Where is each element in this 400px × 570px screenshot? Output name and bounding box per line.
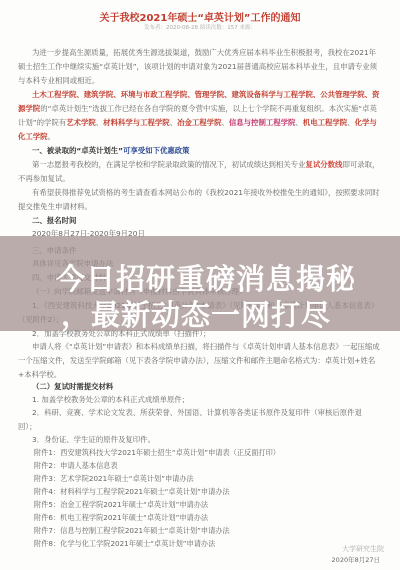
section-4-sub-2: （二）复试时需提交材料 <box>18 380 380 394</box>
section-2-heading: 二、报名时间 <box>18 214 380 228</box>
signature-date: 2020年8月27日 <box>332 555 380 564</box>
college-mech-elec: 机电工程学院 <box>303 118 347 127</box>
intro-paragraph: 为进一步提高生源质量，拓展优秀生源选拔渠道，鼓励广大优秀应届本科毕业生积极报考，… <box>18 46 380 88</box>
headline-banner: 今日招研重磅消息揭秘 ，最新动态一网打尽 <box>0 236 400 331</box>
signature-watermark: 大学研究生院 <box>342 544 384 554</box>
section-1-p1-a: 第一志愿报考我校的，在满足学校和学院录取政策的情况下，初试成绩达到相关专业 <box>32 160 305 169</box>
section-1-heading-b: 可享受如下优惠政策 <box>123 146 190 155</box>
document-meta: 发布者：2020-08-28 阅读次数：157 来源： <box>0 23 400 31</box>
section-1-paragraph-2: 有希望获得推荐免试资格的考生请查看本网站公布的《我校2021年接收外校推免生的通… <box>18 186 380 214</box>
attachment-link[interactable]: 附件8：化学与化工学院2021年硕士“卓英计划”申请办法 <box>34 538 215 550</box>
banner-headline-line-2: ，最新动态一网打尽 <box>0 293 396 334</box>
section-4-sub2-item-1: 1. 加盖学校教务处公章的本科正式成绩单原件； <box>18 393 380 407</box>
section-1-heading-a: 一、被录取的“卓英计划生” <box>32 146 123 155</box>
college-info-control: 信息与控制工程学院 <box>229 118 296 127</box>
attachment-link[interactable]: 附件6：机电工程学院2021年硕士“卓英计划”申请办法 <box>34 512 208 524</box>
section-4-sub2-item-3: 3．身份证、学生证的原件及复印件。 <box>18 433 380 447</box>
college-metallurgy: 冶金工程学院 <box>177 118 221 127</box>
retest-score-line-highlight: 复试分数线 <box>305 160 342 169</box>
section-4-sub2-item-2: 2．科研、竞赛、学术论文发表、所获荣誉、外国语、计算机等各类证书原件及复印件（审… <box>18 406 380 434</box>
attachment-link[interactable]: 附件3：艺术学院2021年硕士“卓英计划”申请办法 <box>34 473 194 485</box>
attachment-link[interactable]: 附件2：申请人基本信息表 <box>34 460 118 472</box>
section-1-paragraph-1: 第一志愿报考我校的，在满足学校和学院录取政策的情况下，初试成绩达到相关专业复试分… <box>18 158 380 186</box>
colleges-paragraph: 土木工程学院、建筑学院、环境与市政工程学院、管理学院、建筑设备科学与工程学院、公… <box>18 88 380 144</box>
attachment-link[interactable]: 附件1：西安建筑科技大学2021年硕士招生“卓英计划”申请表（正反面打印） <box>34 447 280 459</box>
banner-headline-line-1: 今日招研重磅消息揭秘 <box>6 257 400 298</box>
college-art: 艺术学院 <box>66 118 96 127</box>
attachment-link[interactable]: 附件5：冶金工程学院2021年硕士“卓英计划”申请办法 <box>34 499 208 511</box>
attachment-link[interactable]: 附件4：材料科学与工程学院2021年硕士“卓英计划”申请办法 <box>34 486 230 498</box>
attachment-link[interactable]: 附件7：信息与控制工程学院2021年硕士“卓英计划”申请办法 <box>34 525 230 537</box>
document-title: 关于我校2021年硕士“卓英计划”工作的通知 <box>0 9 400 24</box>
college-materials: 材料科学与工程学院 <box>103 118 170 127</box>
section-1-heading: 一、被录取的“卓英计划生”可享受如下优惠政策 <box>18 144 380 158</box>
section-4-paragraph: 申请人将《“卓英计划”申请表》和本科成绩单扫描，将扫描件与《卓英计划申请人基本信… <box>18 340 380 382</box>
